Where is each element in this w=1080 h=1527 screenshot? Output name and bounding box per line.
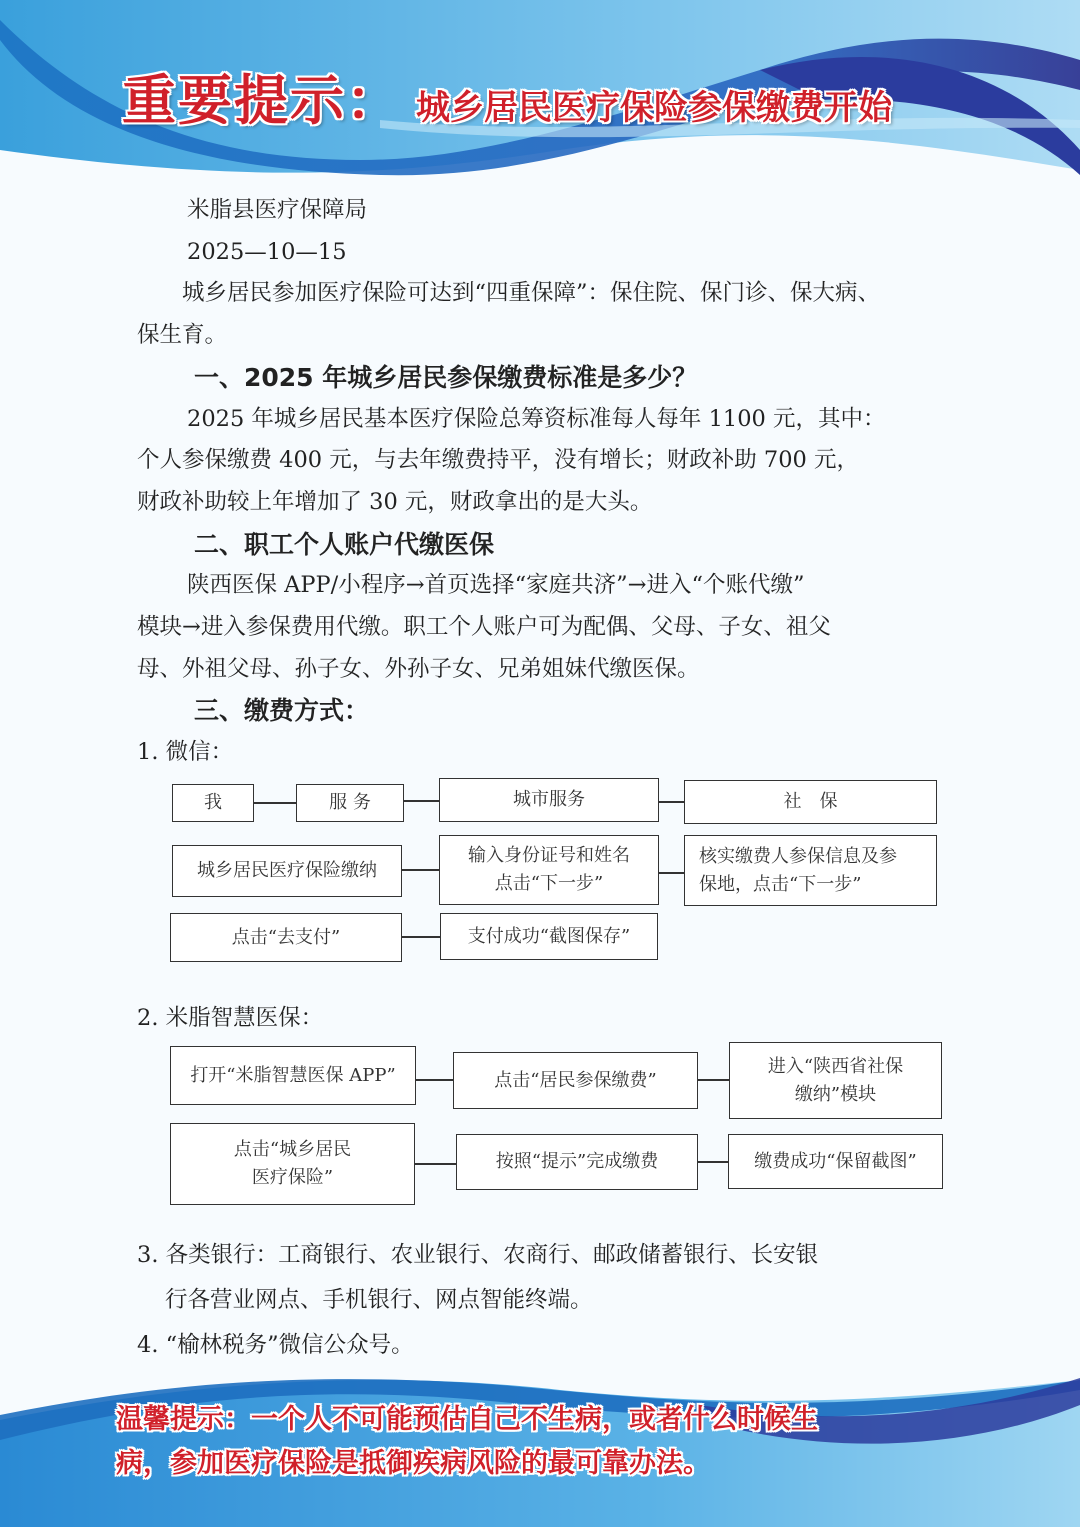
top-banner: 重要提示： 城乡居民医疗保险参保缴费开始 <box>0 0 1080 200</box>
connector <box>698 1161 728 1163</box>
other-methods: 3. 各类银行：工商银行、农业银行、农商行、邮政储蓄银行、长安银 行各营业网点、… <box>137 1233 818 1368</box>
connector <box>402 869 439 871</box>
connector <box>404 800 440 802</box>
title-main: 重要提示： <box>122 58 402 135</box>
connector <box>416 1079 453 1081</box>
connector <box>698 1079 729 1081</box>
method-2-label: 2. 米脂智慧医保： <box>137 998 323 1040</box>
intro-line-2: 保生育。 <box>137 315 937 357</box>
method-3-line-2: 行各营业网点、手机银行、网点智能终端。 <box>137 1278 818 1323</box>
flow-step: 城乡居民医疗保险缴纳 <box>172 845 402 897</box>
tip-line-1: 温馨提示：一个人不可能预估自己不生病，或者什么时候生 <box>116 1398 996 1442</box>
flow-step: 支付成功“截图保存” <box>440 913 658 960</box>
title-sub: 城乡居民医疗保险参保缴费开始 <box>416 80 892 129</box>
method-1-label: 1. 微信： <box>137 732 937 774</box>
tip-line-2: 病，参加医疗保险是抵御疾病风险的最可靠办法。 <box>116 1442 996 1486</box>
method-3-line-1: 3. 各类银行：工商银行、农业银行、农商行、邮政储蓄银行、长安银 <box>137 1233 818 1278</box>
connector <box>659 801 684 803</box>
flow-step: 城市服务 <box>439 778 659 822</box>
flow-step: 按照“提示”完成缴费 <box>456 1134 698 1190</box>
flow-step: 点击“城乡居民 医疗保险” <box>170 1123 415 1205</box>
issuer: 米脂县医疗保障局 <box>137 190 937 232</box>
page-title: 重要提示： 城乡居民医疗保险参保缴费开始 <box>122 58 892 135</box>
flow-step: 点击“去支付” <box>170 913 402 962</box>
flow-step: 核实缴费人参保信息及参 保地，点击“下一步” <box>684 835 937 906</box>
date: 2025—10—15 <box>137 232 937 274</box>
section-2-heading: 二、职工个人账户代缴医保 <box>137 524 937 566</box>
section-2-line: 陕西医保 APP/小程序→首页选择“家庭共济”→进入“个账代缴” <box>137 565 937 607</box>
connector <box>415 1163 456 1165</box>
connector <box>659 872 684 874</box>
flow-step: 点击“居民参保缴费” <box>453 1052 698 1109</box>
warm-tip: 温馨提示：一个人不可能预估自己不生病，或者什么时候生 病，参加医疗保险是抵御疾病… <box>116 1398 996 1486</box>
flow-step: 服 务 <box>296 784 404 822</box>
flow-step: 社 保 <box>684 780 937 824</box>
flow-step: 我 <box>172 784 254 822</box>
section-1-line: 个人参保缴费 400 元，与去年缴费持平，没有增长；财政补助 700 元， <box>137 440 937 482</box>
flow-step: 输入身份证号和姓名 点击“下一步” <box>439 835 659 905</box>
flow-step: 缴费成功“保留截图” <box>728 1134 943 1189</box>
flow-step: 打开“米脂智慧医保 APP” <box>170 1046 416 1105</box>
section-2-line: 模块→进入参保费用代缴。职工个人账户可为配偶、父母、子女、祖父 <box>137 607 937 649</box>
section-2-line: 母、外祖父母、孙子女、外孙子女、兄弟姐妹代缴医保。 <box>137 649 937 691</box>
section-1-heading: 一、2025 年城乡居民参保缴费标准是多少？ <box>137 357 937 399</box>
intro-line-1: 城乡居民参加医疗保险可达到“四重保障”：保住院、保门诊、保大病、 <box>137 273 937 315</box>
connector <box>254 802 296 804</box>
section-1-line: 2025 年城乡居民基本医疗保险总筹资标准每人每年 1100 元，其中： <box>137 399 937 441</box>
connector <box>402 936 440 938</box>
section-1-line: 财政补助较上年增加了 30 元，财政拿出的是大头。 <box>137 482 937 524</box>
flow-step: 进入“陕西省社保 缴纳”模块 <box>729 1042 942 1119</box>
document-body: 米脂县医疗保障局 2025—10—15 城乡居民参加医疗保险可达到“四重保障”：… <box>137 190 937 774</box>
section-3-heading: 三、缴费方式： <box>137 690 937 732</box>
